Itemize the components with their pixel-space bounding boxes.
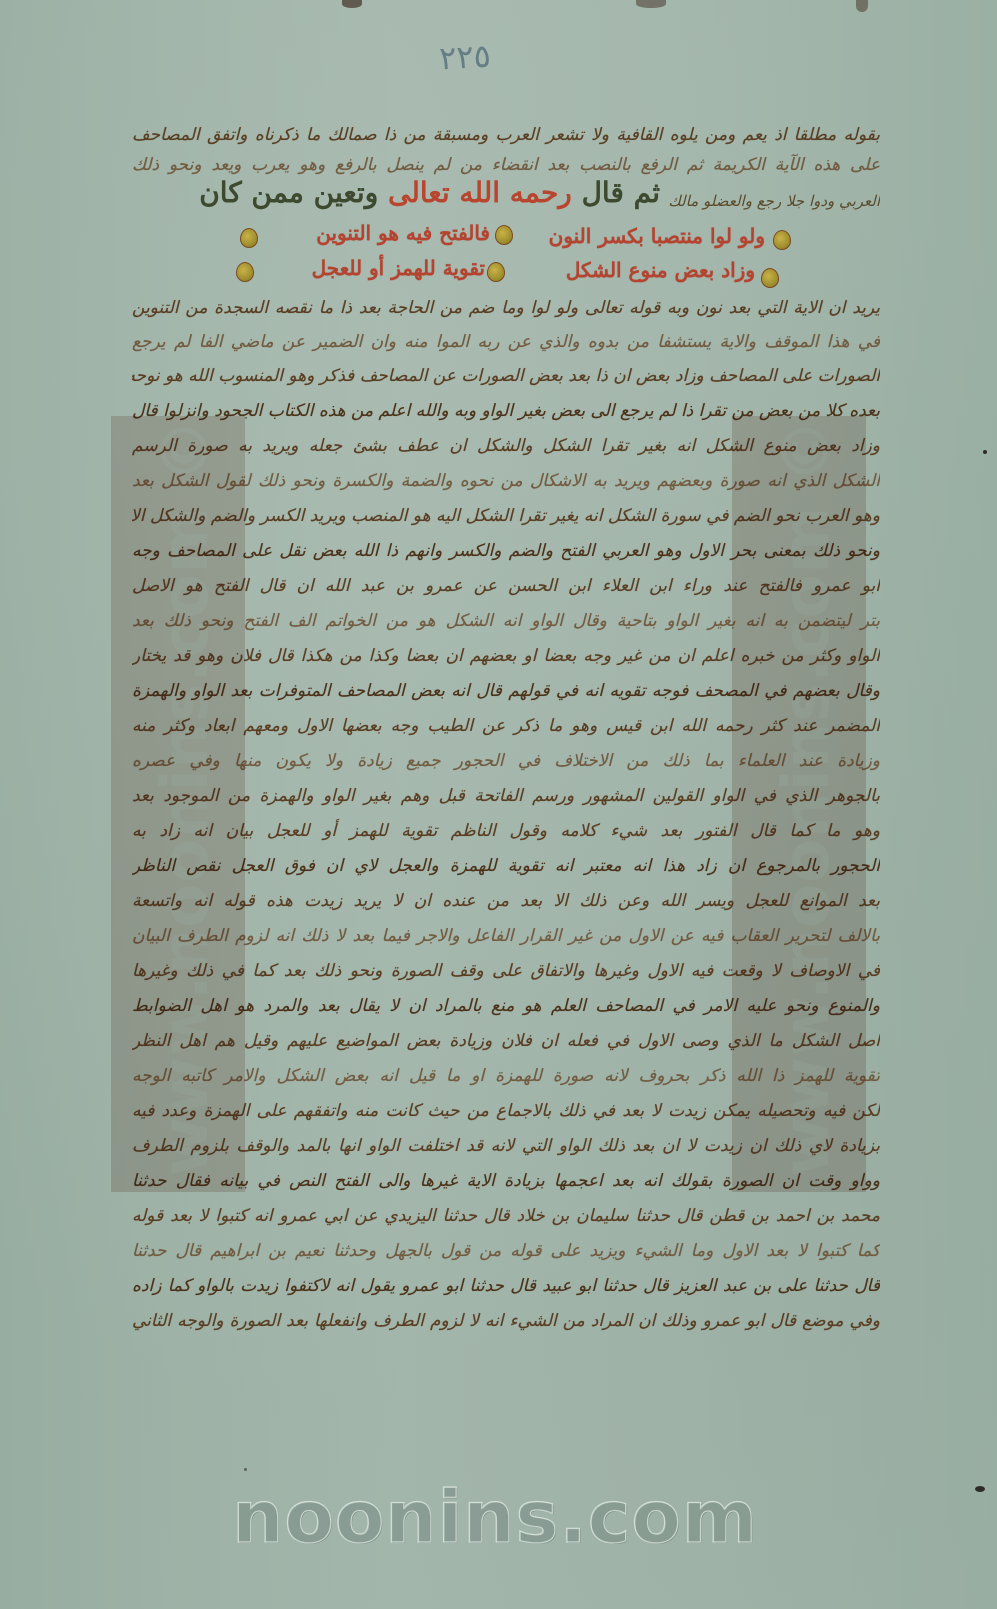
text-line: كما كتبوا لا بعد الاول وما الشيء ويزيد ع… xyxy=(132,1236,880,1266)
text-line: الصورات على المصاحف وزاد بعض ان ذا بعد ب… xyxy=(132,361,880,391)
verse-marker-dot-icon xyxy=(240,228,258,248)
rubric-heading: ثم قال رحمه الله تعالى وتعين ممن كان xyxy=(150,168,660,218)
ink-stain xyxy=(856,0,868,12)
folio-number: ٢٢٥ xyxy=(409,35,521,79)
verse-marker-dot-icon xyxy=(487,262,505,282)
text-line: في هذا الموقف والاية يستشفا من بدوه والذ… xyxy=(132,327,880,357)
ink-speck xyxy=(983,450,987,454)
text-line: وفي موضع قال ابو عمرو وذلك ان المراد من … xyxy=(132,1306,880,1336)
heading-red-part: رحمه الله تعالى xyxy=(388,176,572,209)
text-line: بقوله مطلقا اذ يعم ومن يلوه القافية ولا … xyxy=(132,120,880,150)
text-line: يريد ان الاية التي بعد نون وبه قوله تعال… xyxy=(132,293,880,323)
bottom-watermark: noonins.com xyxy=(185,1475,805,1559)
heading-tail-text: العربي ودوا جلا رجع والعضلو مالك xyxy=(660,186,880,216)
verse-1-left-hemistich: فالفتح فيه هو التنوين xyxy=(275,215,490,251)
verse-marker-dot-icon xyxy=(773,230,791,250)
ink-stain xyxy=(636,0,666,8)
verse-marker-dot-icon xyxy=(236,262,254,282)
watermark-strip-left: www.noonins.com © xyxy=(111,416,245,1192)
watermark-text-right: www.noonins.com © xyxy=(770,418,844,1176)
text-line: قال حدثنا على بن عبد العزيز قال حدثنا اب… xyxy=(132,1271,880,1301)
verse-2-left-hemistich: تقوية للهمز أو للعجل xyxy=(275,250,485,286)
ink-speck xyxy=(975,1486,985,1492)
watermark-strip-right: www.noonins.com © xyxy=(732,416,866,1192)
watermark-text-left: www.noonins.com © xyxy=(149,418,223,1176)
verse-marker-dot-icon xyxy=(761,268,779,288)
manuscript-page: ٢٢٥ بقوله مطلقا اذ يعم ومن يلوه القافية … xyxy=(0,0,997,1609)
ink-stain xyxy=(342,0,362,8)
heading-prefix: ثم قال xyxy=(582,176,660,209)
verse-1-right-hemistich: ولو لوا منتصبا بكسر النون xyxy=(510,218,765,254)
heading-suffix: وتعين ممن كان xyxy=(199,176,378,209)
verse-marker-dot-icon xyxy=(495,225,513,245)
verse-2-right-hemistich: وزاد بعض منوع الشكل xyxy=(510,252,755,288)
text-line: محمد بن احمد بن قطن قال حدثنا سليمان بن … xyxy=(132,1201,880,1231)
top-edge-ink-stains xyxy=(0,0,997,14)
ink-speck xyxy=(244,1468,247,1471)
